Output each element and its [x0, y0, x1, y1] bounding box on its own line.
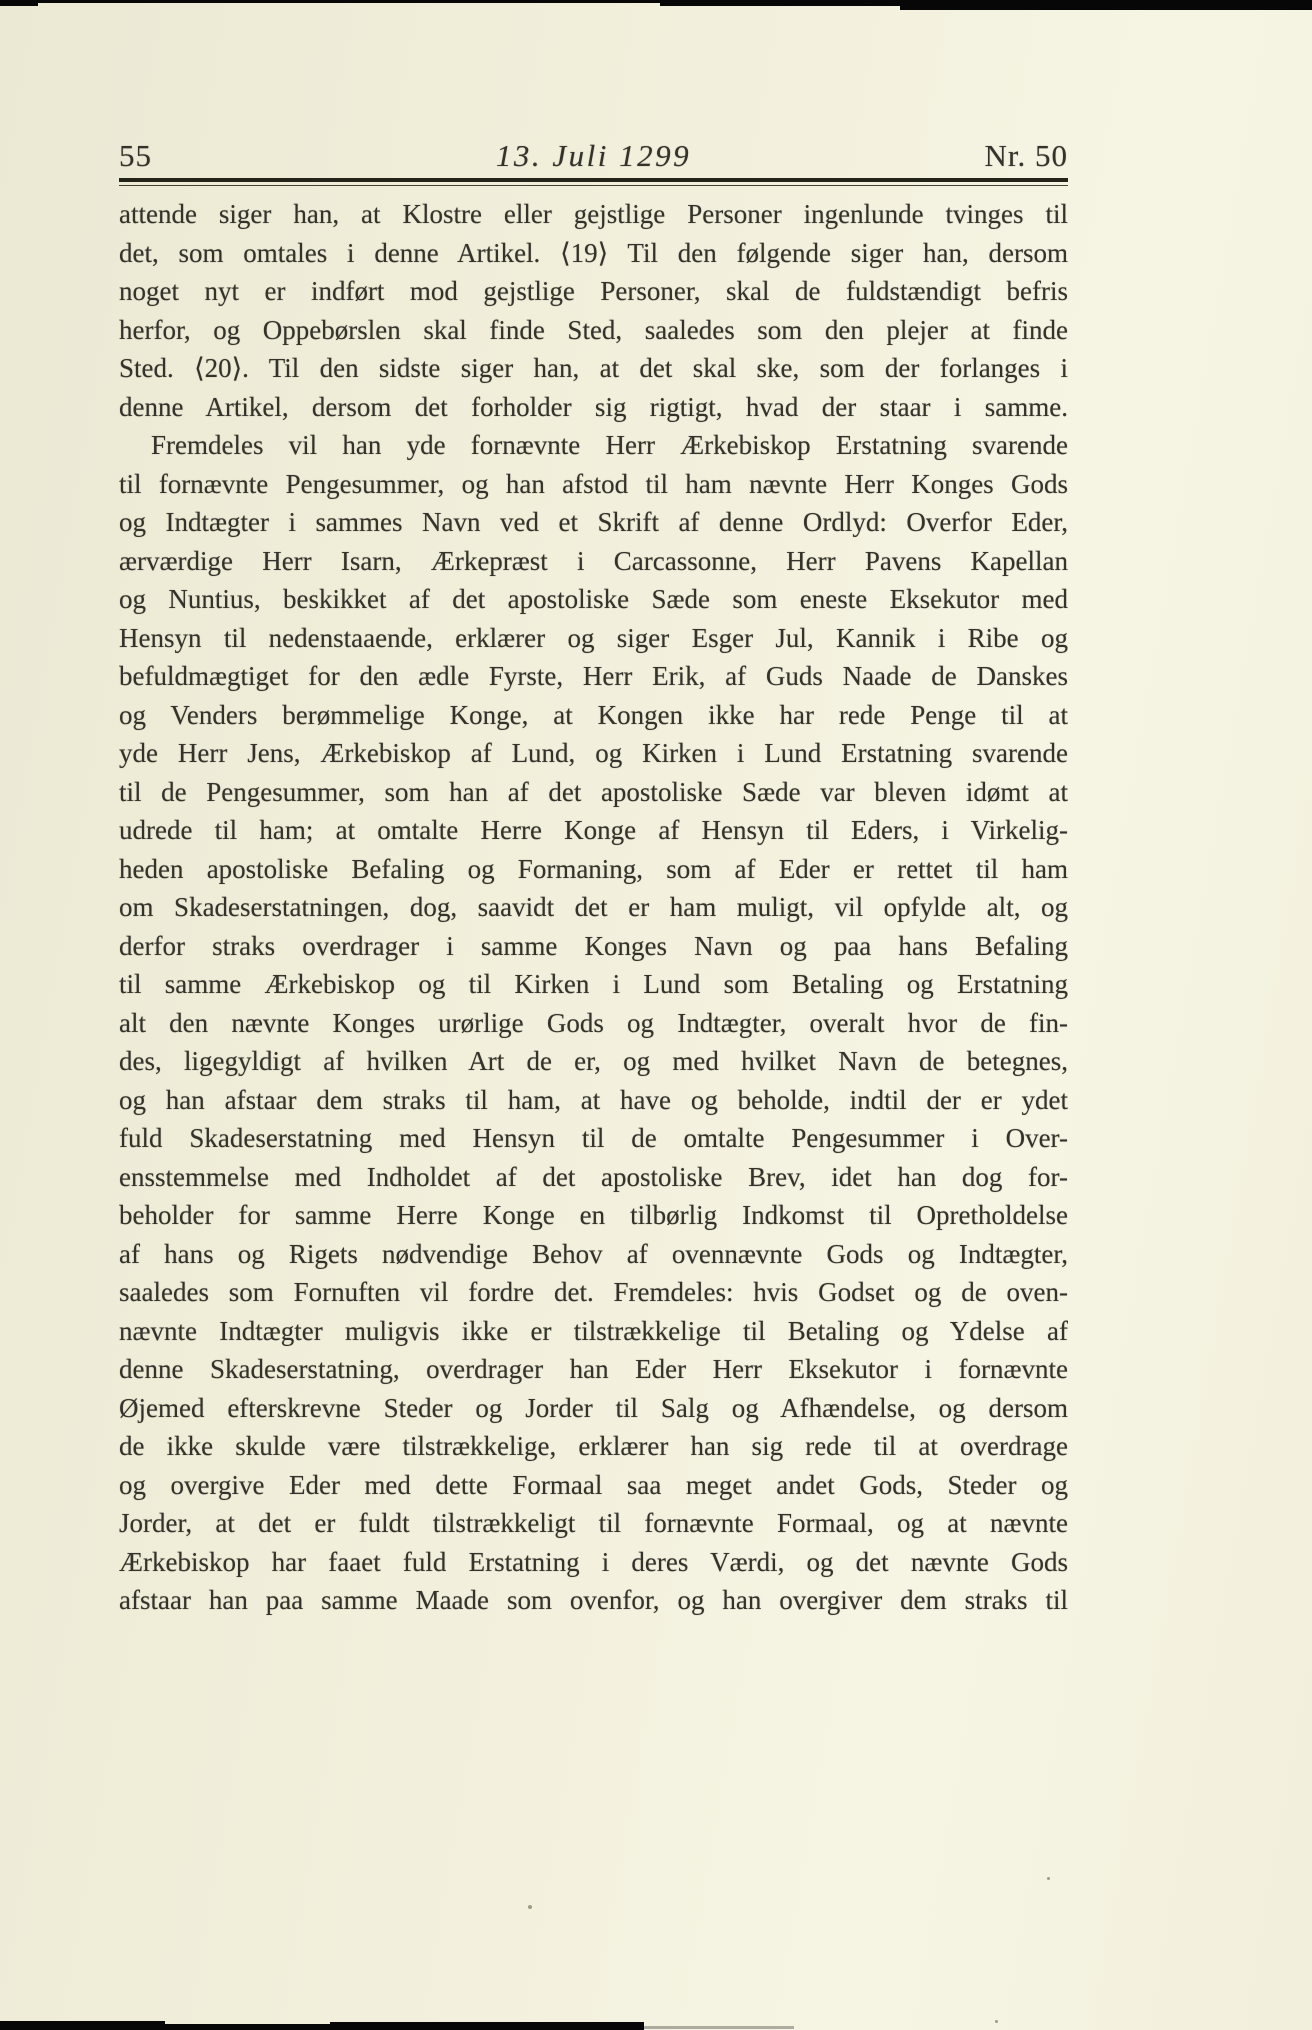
text-line: Ærkebiskop har faaet fuld Erstatning i d… [119, 1543, 1068, 1582]
text-line: ærværdige Herr Isarn, Ærkepræst i Carcas… [119, 542, 1068, 581]
text-line: udrede til ham; at omtalte Herre Konge a… [119, 811, 1068, 850]
text-line: derfor straks overdrager i samme Konges … [119, 927, 1068, 966]
text-line: de ikke skulde være tilstrækkelige, erkl… [119, 1427, 1068, 1466]
page-number: 55 [119, 138, 152, 174]
text-line: Øjemed efterskrevne Steder og Jorder til… [119, 1389, 1068, 1428]
scan-artifact-bottom-3 [330, 2022, 644, 2030]
page-header: 55 13. Juli 1299 Nr. 50 [119, 138, 1068, 176]
scan-artifact-top-left [0, 0, 38, 6]
text-line: til de Pengesummer, som han af det apost… [119, 773, 1068, 812]
text-line: Hensyn til nedenstaaende, erklærer og si… [119, 619, 1068, 658]
text-line: alt den nævnte Konges urørlige Gods og I… [119, 1004, 1068, 1043]
text-line: og Nuntius, beskikket af det apostoliske… [119, 580, 1068, 619]
text-line: og Indtægter i sammes Navn ved et Skrift… [119, 503, 1068, 542]
text-line: attende siger han, at Klostre eller gejs… [119, 195, 1068, 234]
text-line: Sted. ⟨20⟩. Til den sidste siger han, at… [119, 349, 1068, 388]
scan-artifact-top-mid [660, 0, 910, 6]
text-line: befuldmægtiget for den ædle Fyrste, Herr… [119, 657, 1068, 696]
text-line: Fremdeles vil han yde fornævnte Herr Ærk… [119, 426, 1068, 465]
text-line: saaledes som Fornuften vil fordre det. F… [119, 1273, 1068, 1312]
header-rule-thin [119, 185, 1068, 187]
text-line: og Venders berømmelige Konge, at Kongen … [119, 696, 1068, 735]
text-line: nævnte Indtægter muligvis ikke er tilstr… [119, 1312, 1068, 1351]
text-line: og overgive Eder med dette Formaal saa m… [119, 1466, 1068, 1505]
text-line: ensstemmelse med Indholdet af det aposto… [119, 1158, 1068, 1197]
text-line: herfor, og Oppebørslen skal finde Sted, … [119, 311, 1068, 350]
text-line: afstaar han paa samme Maade som ovenfor,… [119, 1581, 1068, 1620]
text-line: yde Herr Jens, Ærkebiskop af Lund, og Ki… [119, 734, 1068, 773]
body-text: attende siger han, at Klostre eller gejs… [119, 195, 1068, 1620]
document-number: Nr. 50 [985, 138, 1069, 174]
scanned-page: 55 13. Juli 1299 Nr. 50 attende siger ha… [0, 0, 1312, 2030]
page-content: 55 13. Juli 1299 Nr. 50 attende siger ha… [119, 138, 1068, 1620]
text-line: beholder for samme Herre Konge en tilbør… [119, 1196, 1068, 1235]
ink-speck [528, 1905, 532, 1909]
text-line: af hans og Rigets nødvendige Behov af ov… [119, 1235, 1068, 1274]
text-line: til samme Ærkebiskop og til Kirken i Lun… [119, 965, 1068, 1004]
text-line: om Skadeserstatningen, dog, saavidt det … [119, 888, 1068, 927]
scan-artifact-top-right [900, 0, 1312, 10]
text-line: denne Artikel, dersom det forholder sig … [119, 388, 1068, 427]
text-line: og han afstaar dem straks til ham, at ha… [119, 1081, 1068, 1120]
text-line: Jorder, at det er fuldt tilstrækkeligt t… [119, 1504, 1068, 1543]
text-line: heden apostoliske Befaling og Formaning,… [119, 850, 1068, 889]
text-line: fuld Skadeserstatning med Hensyn til de … [119, 1119, 1068, 1158]
header-date: 13. Juli 1299 [496, 138, 691, 174]
text-line: det, som omtales i denne Artikel. ⟨19⟩ T… [119, 234, 1068, 273]
scan-artifact-bottom-2 [165, 2024, 330, 2030]
ink-speck [1047, 1877, 1050, 1880]
text-line: noget nyt er indført mod gejstlige Perso… [119, 272, 1068, 311]
scan-artifact-bottom-faint [644, 2026, 794, 2029]
text-line: til fornævnte Pengesummer, og han afstod… [119, 465, 1068, 504]
text-line: denne Skadeserstatning, overdrager han E… [119, 1350, 1068, 1389]
text-line: des, ligegyldigt af hvilken Art de er, o… [119, 1042, 1068, 1081]
scan-artifact-bottom-1 [0, 2021, 165, 2030]
ink-speck [995, 2020, 998, 2023]
header-rule-thick [119, 178, 1068, 182]
